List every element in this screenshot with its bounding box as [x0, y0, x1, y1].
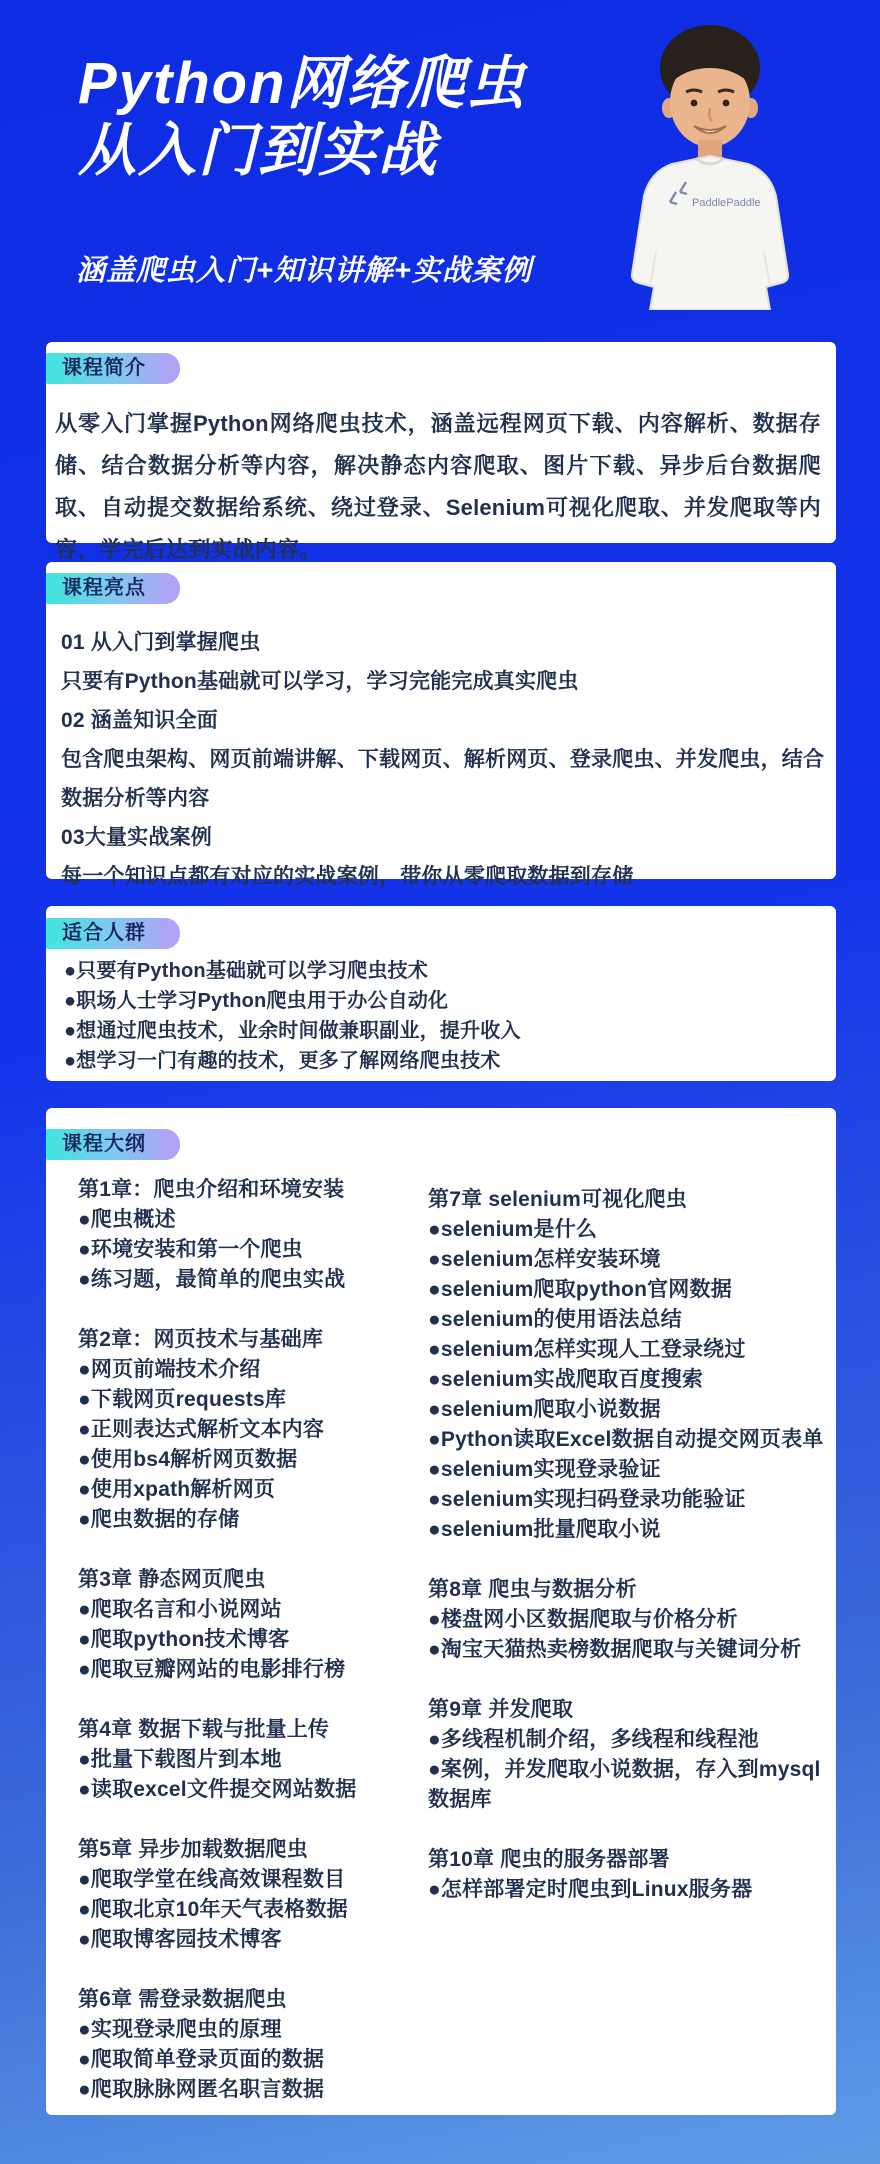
chapter-block: 第7章 selenium可视化爬虫●selenium是什么●selenium怎样… [428, 1185, 836, 1545]
tshirt [632, 156, 788, 310]
chapter-item: ●爬取简单登录页面的数据 [78, 2045, 426, 2075]
chapter-item: ●selenium怎样安装环境 [428, 1245, 836, 1275]
chapter-item: ●爬取脉脉网匿名职言数据 [78, 2075, 426, 2105]
chapter-item: ●使用bs4解析网页数据 [78, 1445, 426, 1475]
chapter-item: ●selenium的使用语法总结 [428, 1305, 836, 1335]
chapter-item: ●爬取博客园技术博客 [78, 1925, 426, 1955]
chapter-block: 第1章：爬虫介绍和环境安装●爬虫概述●环境安装和第一个爬虫●练习题，最简单的爬虫… [78, 1175, 426, 1295]
outline-column-left: 第1章：爬虫介绍和环境安装●爬虫概述●环境安装和第一个爬虫●练习题，最简单的爬虫… [78, 1175, 426, 2135]
instructor-photo: PaddlePaddle [608, 16, 812, 310]
chapter-item: ●Python读取Excel数据自动提交网页表单 [428, 1425, 836, 1455]
chapter-item: ●爬取学堂在线高效课程数目 [78, 1865, 426, 1895]
title-line-1: Python网络爬虫 [78, 50, 527, 117]
course-intro-paragraph: 从零入门掌握Python网络爬虫技术，涵盖远程网页下载、内容解析、数据存储、结合… [55, 403, 821, 571]
chapter-title: 第1章：爬虫介绍和环境安装 [78, 1175, 426, 1205]
chapter-item: ●selenium实现扫码登录功能验证 [428, 1485, 836, 1515]
chapter-item: ●读取excel文件提交网站数据 [78, 1775, 426, 1805]
chapter-item: ●实现登录爬虫的原理 [78, 2015, 426, 2045]
badge-course-highlights: 课程亮点 [46, 573, 180, 604]
chapter-block: 第6章 需登录数据爬虫●实现登录爬虫的原理●爬取简单登录页面的数据●爬取脉脉网匿… [78, 1985, 426, 2105]
chapter-item: ●selenium爬取python官网数据 [428, 1275, 836, 1305]
chapter-title: 第4章 数据下载与批量上传 [78, 1715, 426, 1745]
chapter-item: ●楼盘网小区数据爬取与价格分析 [428, 1605, 836, 1635]
page-title: Python网络爬虫 从入门到实战 [78, 50, 527, 184]
hero-subtitle: 涵盖爬虫入门+知识讲解+实战案例 [76, 248, 532, 289]
chapter-item: ●selenium爬取小说数据 [428, 1395, 836, 1425]
instructor-illustration: PaddlePaddle [608, 16, 812, 310]
chapter-title: 第6章 需登录数据爬虫 [78, 1985, 426, 2015]
chapter-block: 第10章 爬虫的服务器部署●怎样部署定时爬虫到Linux服务器 [428, 1845, 836, 1905]
chapter-item: ●selenium实现登录验证 [428, 1455, 836, 1485]
chapter-title: 第2章：网页技术与基础库 [78, 1325, 426, 1355]
chapter-item: ●批量下载图片到本地 [78, 1745, 426, 1775]
section-course-intro: 课程简介 从零入门掌握Python网络爬虫技术，涵盖远程网页下载、内容解析、数据… [46, 342, 836, 543]
chapter-title: 第8章 爬虫与数据分析 [428, 1575, 836, 1605]
chapter-item: ●淘宝天猫热卖榜数据爬取与关键词分析 [428, 1635, 836, 1665]
title-line-2: 从入门到实战 [78, 117, 527, 184]
highlights-list: 01 从入门到掌握爬虫只要有Python基础就可以学习，学习完能完成真实爬虫02… [46, 623, 836, 896]
chapter-item: ●多线程机制介绍，多线程和线程池 [428, 1725, 836, 1755]
outline-column-right: 第7章 selenium可视化爬虫●selenium是什么●selenium怎样… [428, 1185, 836, 1935]
chapter-item: ●爬虫数据的存储 [78, 1505, 426, 1535]
chapter-block: 第4章 数据下载与批量上传●批量下载图片到本地●读取excel文件提交网站数据 [78, 1715, 426, 1805]
chapter-item: ●爬取python技术博客 [78, 1625, 426, 1655]
chapter-item: ●使用xpath解析网页 [78, 1475, 426, 1505]
section-target-audience: 适合人群 ●只要有Python基础就可以学习爬虫技术●职场人士学习Python爬… [46, 906, 836, 1081]
chapter-item: ●练习题，最简单的爬虫实战 [78, 1265, 426, 1295]
chapter-item: ●怎样部署定时爬虫到Linux服务器 [428, 1875, 836, 1905]
chapter-item: ●爬取名言和小说网站 [78, 1595, 426, 1625]
eye-right [723, 100, 730, 107]
eye-left [691, 100, 698, 107]
audience-bullet: ●只要有Python基础就可以学习爬虫技术 [64, 956, 836, 986]
highlight-line: 03大量实战案例 [61, 818, 836, 857]
audience-bullet: ●想通过爬虫技术，业余时间做兼职副业，提升收入 [64, 1016, 836, 1046]
chapter-title: 第3章 静态网页爬虫 [78, 1565, 426, 1595]
chapter-item: ●爬虫概述 [78, 1205, 426, 1235]
chapter-block: 第3章 静态网页爬虫●爬取名言和小说网站●爬取python技术博客●爬取豆瓣网站… [78, 1565, 426, 1685]
highlight-line: 每一个知识点都有对应的实战案例，带你从零爬取数据到存储 [61, 857, 836, 896]
highlight-line: 包含爬虫架构、网页前端讲解、下载网页、解析网页、登录爬虫、并发爬虫，结合数据分析… [61, 740, 836, 818]
audience-bullet: ●职场人士学习Python爬虫用于办公自动化 [64, 986, 836, 1016]
chapter-block: 第5章 异步加载数据爬虫●爬取学堂在线高效课程数目●爬取北京10年天气表格数据●… [78, 1835, 426, 1955]
chapter-item: ●下载网页requests库 [78, 1385, 426, 1415]
highlight-line: 01 从入门到掌握爬虫 [61, 623, 836, 662]
chapter-item: ●案例，并发爬取小说数据，存入到mysql数据库 [428, 1755, 836, 1815]
badge-course-intro: 课程简介 [46, 353, 180, 384]
chapter-item: ●selenium怎样实现人工登录绕过 [428, 1335, 836, 1365]
chapter-item: ●selenium批量爬取小说 [428, 1515, 836, 1545]
chapter-title: 第10章 爬虫的服务器部署 [428, 1845, 836, 1875]
chapter-title: 第9章 并发爬取 [428, 1695, 836, 1725]
course-poster: { "theme":{ "bg_top":"#0e2ce2","bg_botto… [0, 0, 880, 2164]
badge-course-outline: 课程大纲 [46, 1129, 180, 1160]
audience-list: ●只要有Python基础就可以学习爬虫技术●职场人士学习Python爬虫用于办公… [46, 956, 836, 1076]
badge-target-audience: 适合人群 [46, 918, 180, 949]
chapter-block: 第8章 爬虫与数据分析●楼盘网小区数据爬取与价格分析●淘宝天猫热卖榜数据爬取与关… [428, 1575, 836, 1665]
chapter-block: 第2章：网页技术与基础库●网页前端技术介绍●下载网页requests库●正则表达… [78, 1325, 426, 1535]
chapter-item: ●网页前端技术介绍 [78, 1355, 426, 1385]
audience-bullet: ●想学习一门有趣的技术，更多了解网络爬虫技术 [64, 1046, 836, 1076]
chapter-item: ●正则表达式解析文本内容 [78, 1415, 426, 1445]
chapter-item: ●爬取北京10年天气表格数据 [78, 1895, 426, 1925]
section-course-outline: 课程大纲 第1章：爬虫介绍和环境安装●爬虫概述●环境安装和第一个爬虫●练习题，最… [46, 1108, 836, 2115]
chapter-item: ●爬取豆瓣网站的电影排行榜 [78, 1655, 426, 1685]
highlight-line: 只要有Python基础就可以学习，学习完能完成真实爬虫 [61, 662, 836, 701]
chapter-item: ●selenium实战爬取百度搜索 [428, 1365, 836, 1395]
chapter-block: 第9章 并发爬取●多线程机制介绍，多线程和线程池●案例，并发爬取小说数据，存入到… [428, 1695, 836, 1815]
highlight-line: 02 涵盖知识全面 [61, 701, 836, 740]
chapter-item: ●环境安装和第一个爬虫 [78, 1235, 426, 1265]
shirt-logo-text: PaddlePaddle [692, 197, 761, 209]
chapter-title: 第7章 selenium可视化爬虫 [428, 1185, 836, 1215]
chapter-title: 第5章 异步加载数据爬虫 [78, 1835, 426, 1865]
section-course-highlights: 课程亮点 01 从入门到掌握爬虫只要有Python基础就可以学习，学习完能完成真… [46, 562, 836, 879]
chapter-item: ●selenium是什么 [428, 1215, 836, 1245]
